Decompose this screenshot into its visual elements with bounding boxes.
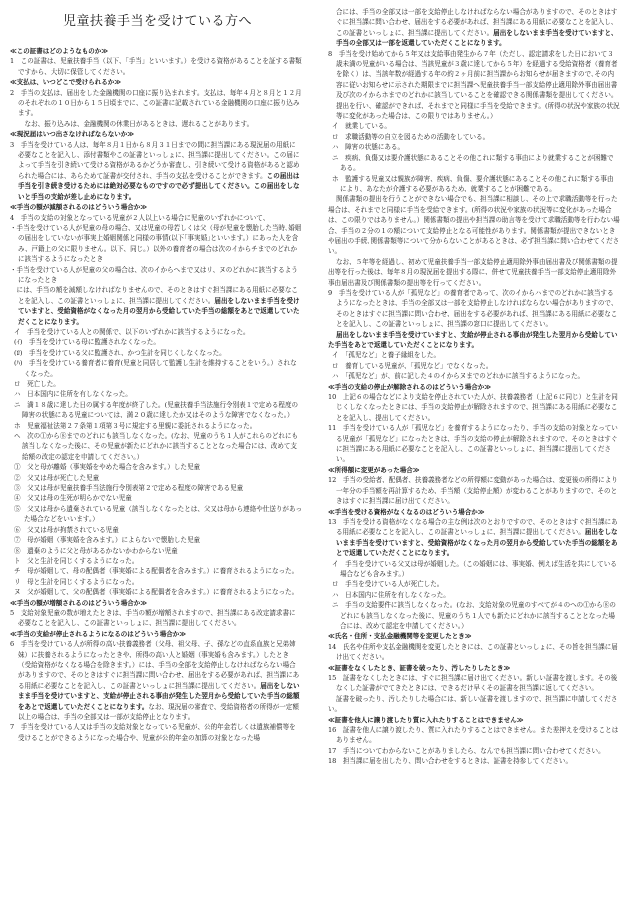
list-item-text: ニ 疾病、負傷又は要介護状態にあることその他これに類する事由により就業することが… [332, 154, 614, 172]
paragraph-text: 5 支給対象児童の数が増えたときは、手当の額が増額されますので、担当課にある改定… [10, 609, 296, 627]
list-item-text: ニ 手当の支給要件に該当しなくなった。(なお、支給対象の児童のすべてが４のへの①… [332, 601, 616, 630]
paragraph-text: 2 手当の支払は、届出をした金融機関の口座に振り込まれます。支払は、毎年４月と８… [10, 89, 302, 118]
section-heading: ≪氏名・住所・支払金融機関等を変更したとき≫ [328, 631, 620, 641]
list-item: ニ 満１８歳に達した日の属する年度が終了した。(児童扶養手当法施行令別表１で定め… [10, 400, 302, 421]
numbered-paragraph: 合には、手当の全部又は一部を支給停止しなければならない場合がありますので、そのと… [328, 7, 620, 49]
sub-list-item: ③ 父又は母が児童扶養手当法施行令別表第２で定める程度の障害である児童 [10, 483, 302, 493]
paragraph-text: なお、振り込みは、金融機関の休業日があるときは、遅れることがあります。 [18, 120, 253, 128]
paragraph-text: 11 手当を受けている人が「孤児など」を養育するようになったり、手当の支給の対象… [328, 424, 618, 463]
heading-text: ≪手当の額が減額されるのはどういう場合か≫ [10, 203, 147, 211]
list-item: ロ 死亡した。 [10, 379, 302, 389]
paragraph-text: なお、５年等を経過し、初めて児童扶養手当一部支給停止適用除外事由届出書及び関係書… [328, 258, 618, 287]
paragraph-text: 13 手当を受ける資格がなくなる場合の主な例は次のとおりですので、そのときはすぐ… [328, 518, 618, 536]
section-heading: ≪手当の額が減額されるのはどういう場合か≫ [10, 202, 302, 212]
section-heading: ≪手当を受ける資格がなくなるのはどういう場合か≫ [328, 507, 620, 517]
list-item: ロ 求職活動等の自立を図るための活動をしている。 [328, 132, 620, 142]
list-item-text: ホ 児童福祉法第２７条第１項第３号に規定する里親に委託されるようになった。 [14, 422, 256, 430]
sub-list-item: ⑧ 遺棄のように父と母があるかないかわからない児童 [10, 546, 302, 556]
sub-list-item: ② 父又は母が死亡した児童 [10, 473, 302, 483]
document-page: 児童扶養手当を受けている方へ ≪この証書はどのようなものか≫1 この証書は、児童… [0, 0, 630, 903]
list-item: ヘ 次の①から⑧までのどれにも該当しなくなった。(なお、児童のうち１人がこれらの… [10, 431, 302, 462]
paragraph-text: 7 手当を受けている人又は手当の支給対象となっている児童が、公的年金若しくは遺族… [10, 723, 296, 741]
numbered-paragraph: 18 担当課に届を出したり、問い合わせをするときは、証書を持参してください。 [328, 756, 620, 766]
paragraph-text: 1 この証書は、児童扶養手当（以下、「手当」といいます。）を受ける資格があること… [10, 57, 302, 75]
list-item: イ 手当を受けている人との関係で、以下のいずれかに該当するようになった。 [10, 327, 302, 337]
heading-text: ≪支払は、いつどこで受けられるか≫ [10, 78, 121, 86]
paragraph-text: 3 手当を受けている人は、毎年８月１日から８月３１日までの間に担当課にある現況届… [10, 141, 300, 180]
list-item: ホ 児童福祉法第２７条第１項第３号に規定する里親に委託されるようになった。 [10, 421, 302, 431]
numbered-paragraph: 8 手当を受け始めてから５年又は支給事由発生から７年（ただし、認定請求をした日に… [328, 49, 620, 122]
numbered-paragraph: ・手当を受けている人が児童の父の場合は、次のイからへまで又はリ、ヌのどれかに該当… [10, 265, 302, 286]
section-heading: ≪証書をなくしたとき、証書を破ったり、汚したりしたとき≫ [328, 663, 620, 673]
list-item: ハ 日本国内に住所を有しなくなった。 [328, 590, 620, 600]
list-item: ヌ 父が婚姻して、父の配偶者（事実婚による配偶者を含みます。）に養育されるように… [10, 587, 302, 597]
list-item-text: イ 手当を受けている人との関係で、以下のいずれかに該当するようになった。 [14, 328, 250, 336]
list-item-text: ⑧ 遺棄のように父と母があるかないかわからない児童 [14, 547, 178, 555]
paragraph-text: 15 証書をなくしたときには、すぐに担当課に届け出てください。新しい証書を渡しま… [328, 674, 617, 692]
paragraph-text: 4 手当の支給の対象となっている児童が２人以上いる場合に児童のいずれかについて、 [10, 214, 269, 222]
list-item-text: ホ 監護する児童又は親族が障害、疾病、負傷、要介護状態にあることその他これに類す… [332, 175, 614, 193]
paragraph-text: 18 担当課に届を出したり、問い合わせをするときは、証書を持参してください。 [328, 757, 572, 765]
paragraph-note: 証書を破ったり、汚したりした場合には、新しい証書を渡しますので、担当課に申請して… [328, 694, 620, 715]
numbered-paragraph: ・手当を受けている人が児童の母の場合、又は児童の母若しくは父（母が児童を懐胎した… [10, 223, 302, 265]
sub-list-item: ① 父と母が離婚（事実婚をやめた場合を含みます。）した児童 [10, 462, 302, 472]
numbered-paragraph: 3 手当を受けている人は、毎年８月１日から８月３１日までの間に担当課にある現況届… [10, 140, 302, 202]
paragraph-text: 12 手当の受給者、配偶者、扶養義務者などの所得額に変動があった場合は、変更後の… [328, 476, 618, 505]
paragraph-text: 6 手当を受けている人が所得の高い扶養義務者（父母、祖父母、子、孫などの直系血族… [10, 640, 299, 690]
numbered-paragraph: 17 手当についてわからないことがありましたら、なんでも担当課に問い合わせてくだ… [328, 746, 620, 756]
list-item: ロ 養育している児童が、「孤児など」でなくなった。 [328, 361, 620, 371]
heading-text: ≪この証書はどのようなものか≫ [10, 47, 108, 55]
paragraph-text: 関係書類の提出を行うことができない場合でも、担当課に相談し、その上で求職活動等を… [328, 195, 620, 255]
list-item-text: ハ 「孤児など」が、前に記した４のイからヌまでのどれかに該当するようになった。 [332, 372, 584, 380]
heading-text: ≪手当の支給の停止が解除されるのはどういう場合か≫ [328, 383, 491, 391]
list-item-text: ② 父又は母が死亡した児童 [14, 474, 99, 482]
list-item: イ 「孤児など」と養子縁組をした。 [328, 350, 620, 360]
sub-list-item: ④ 父又は母の生死が明らかでない児童 [10, 493, 302, 503]
paragraph-note: 関係書類の提出を行うことができない場合でも、担当課に相談し、その上で求職活動等を… [328, 194, 620, 256]
paragraph-text: ・手当を受けている人が児童の父の場合は、次のイからへまで又はリ、ヌのどれかに該当… [10, 266, 298, 284]
sub-list-item: ⑦ 母が婚姻（事実婚を含みます。）によらないで懐胎した児童 [10, 535, 302, 545]
section-heading: ≪手当の支給の停止が解除されるのはどういう場合か≫ [328, 382, 620, 392]
list-item-text: ロ 養育している児童が、「孤児など」でなくなった。 [332, 362, 492, 370]
numbered-paragraph: 1 この証書は、児童扶養手当（以下、「手当」といいます。）を受ける資格があること… [10, 56, 302, 77]
section-heading: ≪手当の額が増額されるのはどういう場合か≫ [10, 598, 302, 608]
paragraph-text: 証書を破ったり、汚したりした場合には、新しい証書を渡しますので、担当課に申請して… [328, 695, 617, 713]
paragraph-text: 17 手当についてわからないことがありましたら、なんでも担当課に問い合わせてくだ… [328, 747, 605, 755]
warning-text: 届出をしないまま手当を受けていますと、支給が停止される事由が発生した翌月から受給… [328, 331, 618, 349]
numbered-paragraph: 15 証書をなくしたときには、すぐに担当課に届け出てください。新しい証書を渡しま… [328, 673, 620, 694]
numbered-paragraph: 11 手当を受けている人が「孤児など」を養育するようになったり、手当の支給の対象… [328, 423, 620, 465]
numbered-paragraph: 9 手当を受けている人が「孤児など」の養育者であって、次のイからハまでのどれかに… [328, 288, 620, 330]
right-column: 合には、手当の全部又は一部を支給停止しなければならない場合がありますので、そのと… [328, 7, 620, 767]
list-item-text: イ 就業している。 [332, 122, 391, 130]
list-item: イ 手当を受けている父又は母が婚姻した。（この婚姻には、事実婚、例えば生活を共に… [328, 559, 620, 580]
heading-text: ≪現況届はいつ出さなければならないか≫ [10, 130, 134, 138]
sub-list-item: (ﾛ) 手当を受けている父に監護され、かつ生計を同じくしなくなった。 [10, 348, 302, 358]
numbered-paragraph: 5 支給対象児童の数が増えたときは、手当の額が増額されますので、担当課にある改定… [10, 608, 302, 629]
list-item-text: ⑦ 母が婚姻（事実婚を含みます。）によらないで懐胎した児童 [14, 536, 200, 544]
list-item: ニ 疾病、負傷又は要介護状態にあることその他これに類する事由により就業することが… [328, 153, 620, 174]
warning-text: 届出をしないまま手当を受けていますと、支給が停止される事由が発生した翌月から受給… [328, 330, 620, 351]
list-item: イ 就業している。 [328, 121, 620, 131]
section-heading: ≪証書を他人に譲り渡したり質に入れたりすることはできません≫ [328, 715, 620, 725]
list-item-text: ハ 障害の状態にある。 [332, 143, 404, 151]
list-item-text: ④ 父又は母の生死が明らかでない児童 [14, 494, 132, 502]
list-item-text: ロ 死亡した。 [14, 380, 60, 388]
list-item-text: ヘ 次の①から⑧までのどれにも該当しなくなった。(なお、児童のうち１人がこれらの… [14, 432, 298, 461]
numbered-paragraph: 6 手当を受けている人が所得の高い扶養義務者（父母、祖父母、子、孫などの直系血族… [10, 639, 302, 722]
paragraph-text: 10 上記６の場合などにより支給を停止されていた人が、扶養義務者（上記６に同じ）… [328, 393, 618, 422]
list-item-text: (ｲ) 手当を受けている母に監護されなくなった。 [14, 338, 160, 346]
list-item-text: ⑤ 父又は母から遺棄されている児童（該当しなくなったとは、父又は母から連絡や仕送… [14, 505, 302, 523]
section-heading: ≪支払は、いつどこで受けられるか≫ [10, 77, 302, 87]
section-heading: ≪手当の支給が停止されるようになるのはどういう場合か≫ [10, 629, 302, 639]
list-item-text: (ﾛ) 手当を受けている父に監護され、かつ生計を同じくしなくなった。 [14, 349, 226, 357]
paragraph-text: 16 証書を他人に譲り渡したり、質に入れたりすることはできません。また差押えを受… [328, 726, 618, 744]
numbered-paragraph: 2 手当の支払は、届出をした金融機関の口座に振り込まれます。支払は、毎年４月と８… [10, 88, 302, 119]
heading-text: ≪証書をなくしたとき、証書を破ったり、汚したりしたとき≫ [328, 664, 510, 672]
sub-list-item: ⑥ 父又は母が拘禁されている児童 [10, 525, 302, 535]
numbered-paragraph: 12 手当の受給者、配偶者、扶養義務者などの所得額に変動があった場合は、変更後の… [328, 475, 620, 506]
list-item-text: イ 「孤児など」と養子縁組をした。 [332, 351, 440, 359]
heading-text: ≪証書を他人に譲り渡したり質に入れたりすることはできません≫ [328, 716, 524, 724]
heading-text: ≪手当を受ける資格がなくなるのはどういう場合か≫ [328, 508, 485, 516]
list-item: リ 母と生計を同じくするようになった。 [10, 577, 302, 587]
paragraph-text: 8 手当を受け始めてから５年又は支給事由発生から７年（ただし、認定請求をした日に… [328, 50, 620, 120]
left-column: ≪この証書はどのようなものか≫1 この証書は、児童扶養手当（以下、「手当」といい… [10, 46, 302, 743]
section-heading: ≪この証書はどのようなものか≫ [10, 46, 302, 56]
list-item-text: ヌ 父が婚姻して、父の配偶者（事実婚による配偶者を含みます。）に養育されるように… [14, 588, 298, 596]
numbered-paragraph: 4 手当の支給の対象となっている児童が２人以上いる場合に児童のいずれかについて、 [10, 213, 302, 223]
list-item: ハ 障害の状態にある。 [328, 142, 620, 152]
list-item: チ 母が婚姻して、母の配偶者（事実婚による配偶者を含みます。）に養育されるように… [10, 566, 302, 576]
heading-text: ≪手当の額が増額されるのはどういう場合か≫ [10, 599, 147, 607]
paragraph-text: 14 氏名や住所や支払金融機関を変更したときには、この証書といっしょに、その旨を… [328, 643, 618, 661]
paragraph-text: 9 手当を受けている人が「孤児など」の養育者であって、次のイからハまでのどれかに… [328, 289, 617, 328]
paragraph-text: ・手当を受けている人が児童の母の場合、又は児童の母若しくは父（母が児童を懐胎した… [10, 224, 301, 263]
list-item-text: ロ 求職活動等の自立を図るための活動をしている。 [332, 133, 489, 141]
section-heading: ≪現況届はいつ出さなければならないか≫ [10, 129, 302, 139]
list-item-text: ① 父と母が離婚（事実婚をやめた場合を含みます。）した児童 [14, 463, 200, 471]
numbered-paragraph: 13 手当を受ける資格がなくなる場合の主な例は次のとおりですので、そのときはすぐ… [328, 517, 620, 559]
list-item: ハ 「孤児など」が、前に記した４のイからヌまでのどれかに該当するようになった。 [328, 371, 620, 381]
list-item-text: チ 母が婚姻して、母の配偶者（事実婚による配偶者を含みます。）に養育されるように… [14, 567, 298, 575]
list-item-text: ③ 父又は母が児童扶養手当法施行令別表第２で定める程度の障害である児童 [14, 484, 243, 492]
sub-list-item: ⑤ 父又は母から遺棄されている児童（該当しなくなったとは、父又は母から連絡や仕送… [10, 504, 302, 525]
list-item: ト 父と生計を同じくするようになった。 [10, 556, 302, 566]
list-item-text: ト 父と生計を同じくするようになった。 [14, 557, 138, 565]
section-heading: ≪所得額に変更があった場合≫ [328, 465, 620, 475]
page-title: 児童扶養手当を受けている方へ [0, 10, 315, 29]
list-item-text: イ 手当を受けている父又は母が婚姻した。（この婚姻には、事実婚、例えば生活を共に… [332, 560, 617, 578]
list-item: ロ 手当を受けている人が死亡した。 [328, 579, 620, 589]
list-item-text: ⑥ 父又は母が拘禁されている児童 [14, 526, 119, 534]
paragraph-note: なお、振り込みは、金融機関の休業日があるときは、遅れることがあります。 [10, 119, 302, 129]
heading-text: ≪手当の支給が停止されるようになるのはどういう場合か≫ [10, 630, 186, 638]
numbered-paragraph: 16 証書を他人に譲り渡したり、質に入れたりすることはできません。また差押えを受… [328, 725, 620, 746]
list-item-text: ロ 手当を受けている人が死亡した。 [332, 580, 443, 588]
list-item-text: ハ 日本国内に住所を有しなくなった。 [14, 390, 132, 398]
sub-list-item: (ﾊ) 手当を受けている養育者に養育(児童と同居して監護し生計を維持することをい… [10, 358, 302, 379]
list-item-text: (ﾊ) 手当を受けている養育者に養育(児童と同居して監護し生計を維持することをい… [14, 359, 297, 377]
list-item: ホ 監護する児童又は親族が障害、疾病、負傷、要介護状態にあることその他これに類す… [328, 174, 620, 195]
list-item: ニ 手当の支給要件に該当しなくなった。(なお、支給対象の児童のすべてが４のへの①… [328, 600, 620, 631]
numbered-paragraph: 14 氏名や住所や支払金融機関を変更したときには、この証書といっしょに、その旨を… [328, 642, 620, 663]
heading-text: ≪所得額に変更があった場合≫ [328, 466, 420, 474]
sub-list-item: (ｲ) 手当を受けている母に監護されなくなった。 [10, 337, 302, 347]
heading-text: ≪氏名・住所・支払金融機関等を変更したとき≫ [328, 632, 472, 640]
list-item-text: リ 母と生計を同じくするようになった。 [14, 578, 138, 586]
list-item-text: ニ 満１８歳に達した日の属する年度が終了した。(児童扶養手当法施行令別表１で定め… [14, 401, 298, 419]
list-item-text: ハ 日本国内に住所を有しなくなった。 [332, 591, 450, 599]
numbered-paragraph: には、手当の額を減額しなければなりませんので、そのときはすぐ担当課にある用紙に必… [10, 285, 302, 327]
list-item: ハ 日本国内に住所を有しなくなった。 [10, 389, 302, 399]
numbered-paragraph: 10 上記６の場合などにより支給を停止されていた人が、扶養義務者（上記６に同じ）… [328, 392, 620, 423]
paragraph-note: なお、５年等を経過し、初めて児童扶養手当一部支給停止適用除外事由届出書及び関係書… [328, 257, 620, 288]
numbered-paragraph: 7 手当を受けている人又は手当の支給対象となっている児童が、公的年金若しくは遺族… [10, 722, 302, 743]
